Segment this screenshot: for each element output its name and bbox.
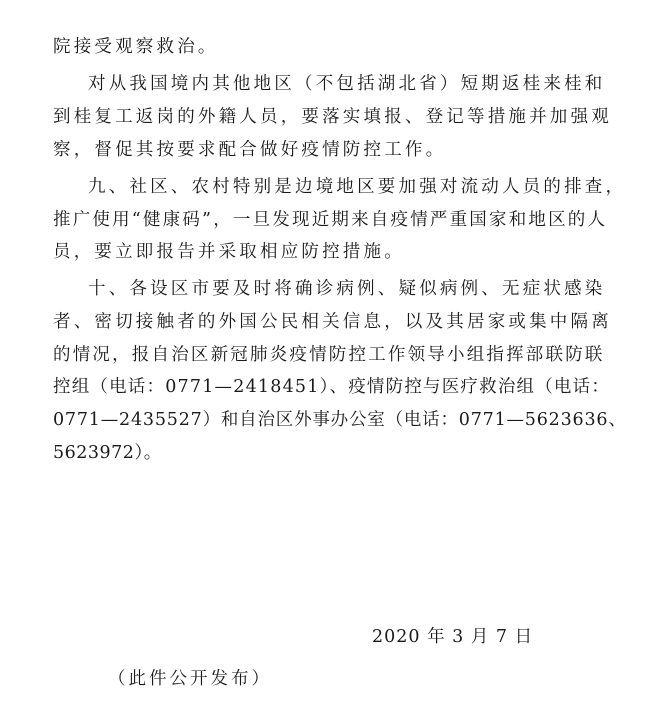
document-date: 2020 年 3 月 7 日 bbox=[372, 623, 533, 648]
text-line: 察，督促其按要求配合做好疫情防控工作。 bbox=[53, 139, 446, 161]
text-line: 5623972）。 bbox=[53, 442, 162, 464]
document-page: 院接受观察救治。 对从我国境内其他地区（不包括湖北省）短期返桂来桂和 到桂复工返… bbox=[0, 0, 658, 720]
text-line: 0771—2435527）和自治区外事办公室（电话：0771—5623636、 bbox=[53, 409, 627, 431]
paragraph-start: 对从我国境内其他地区（不包括湖北省）短期返桂来桂和 bbox=[88, 73, 606, 95]
paragraph-start-item-9: 九、社区、农村特别是边境地区要加强对流动人员的排查， bbox=[88, 176, 626, 198]
publication-note: （此件公开发布） bbox=[108, 665, 272, 690]
paragraph-start-item-10: 十、各设区市要及时将确诊病例、疑似病例、无症状感染 bbox=[88, 278, 606, 300]
text-line: 者、密切接触者的外国公民相关信息，以及其居家或集中隔离 bbox=[53, 311, 612, 333]
text-line: 控组（电话：0771—2418451）、疫情防控与医疗救治组（电话： bbox=[53, 376, 610, 398]
text-line: 到桂复工返岗的外籍人员，要落实填报、登记等措施并加强观 bbox=[53, 106, 612, 128]
text-line: 的情况，报自治区新冠肺炎疫情防控工作领导小组指挥部联防联 bbox=[53, 344, 605, 366]
text-line: 推广使用“健康码”，一旦发现近期来自疫情严重国家和地区的人 bbox=[53, 209, 607, 231]
text-line: 员，要立即报告并采取相应防控措施。 bbox=[53, 241, 405, 263]
text-line: 院接受观察救治。 bbox=[53, 36, 219, 58]
